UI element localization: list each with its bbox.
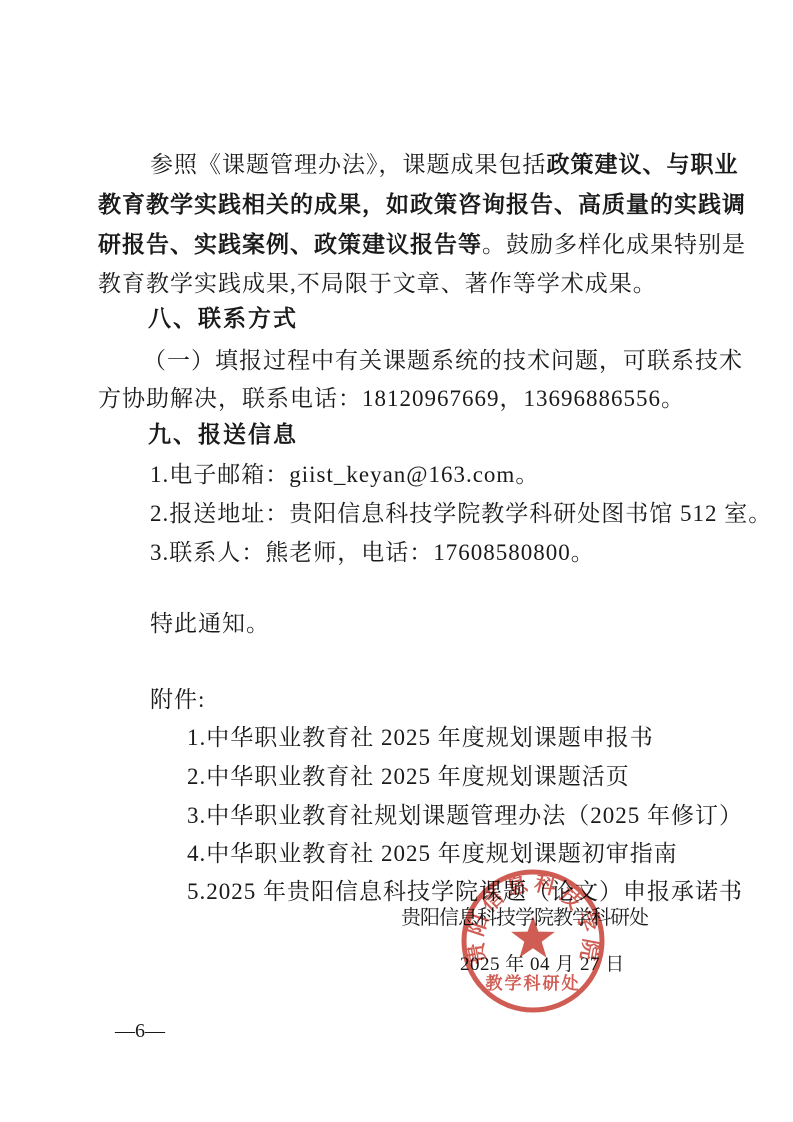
- para-results-line3-regular: 。鼓励多样化成果特别是: [482, 232, 746, 257]
- attachment-item-2: 2.中华职业教育社 2025 年度规划课题活页: [187, 764, 630, 790]
- para-results-line3-bold: 研报告、实践案例、政策建议报告等: [98, 232, 482, 257]
- notice-line: 特此通知。: [150, 611, 270, 637]
- para-results-line3: 研报告、实践案例、政策建议报告等。鼓励多样化成果特别是: [98, 232, 746, 258]
- contact-line1: （一）填报过程中有关课题系统的技术问题，可联系技术: [143, 348, 743, 374]
- section-heading-contact: 八、联系方式: [148, 305, 298, 331]
- para-results-line2: 教育教学实践相关的成果，如政策咨询报告、高质量的实践调: [98, 192, 746, 218]
- signature-org: 贵阳信息科技学院教学科研处: [401, 907, 648, 930]
- submit-email-line: 1.电子邮箱：giist_keyan@163.com。: [150, 462, 539, 488]
- para-results-line1-bold: 政策建议、与职业: [547, 152, 739, 177]
- attachment-item-1: 1.中华职业教育社 2025 年度规划课题申报书: [187, 725, 654, 751]
- document-page: 参照《课题管理办法》，课题成果包括政策建议、与职业 教育教学实践相关的成果，如政…: [0, 0, 793, 1122]
- para-results-line4: 教育教学实践成果,不局限于文章、著作等学术成果。: [98, 271, 657, 297]
- page-number: —6—: [115, 1020, 165, 1043]
- attachments-label: 附件:: [150, 687, 205, 713]
- seal-bottom-text: 教学科研处: [486, 973, 581, 993]
- attachment-item-3: 3.中华职业教育社规划课题管理办法（2025 年修订）: [187, 803, 743, 829]
- attachment-item-5: 5.2025 年贵阳信息科技学院课题（论文）申报承诺书: [187, 879, 743, 905]
- attachment-item-4: 4.中华职业教育社 2025 年度规划课题初审指南: [187, 841, 678, 867]
- para-results-line1: 参照《课题管理办法》，课题成果包括政策建议、与职业: [150, 152, 739, 178]
- submit-person-line: 3.联系人：熊老师，电话：17608580800。: [150, 540, 595, 566]
- submit-address-line: 2.报送地址：贵阳信息科技学院教学科研处图书馆 512 室。: [150, 501, 772, 527]
- signature-date: 2025 年 04 月 27 日: [460, 954, 625, 976]
- para-results-line1-regular: 参照《课题管理办法》，课题成果包括: [150, 152, 547, 177]
- section-heading-submit: 九、报送信息: [148, 421, 298, 447]
- contact-line2: 方协助解决，联系电话：18120967669，13696886556。: [98, 386, 685, 412]
